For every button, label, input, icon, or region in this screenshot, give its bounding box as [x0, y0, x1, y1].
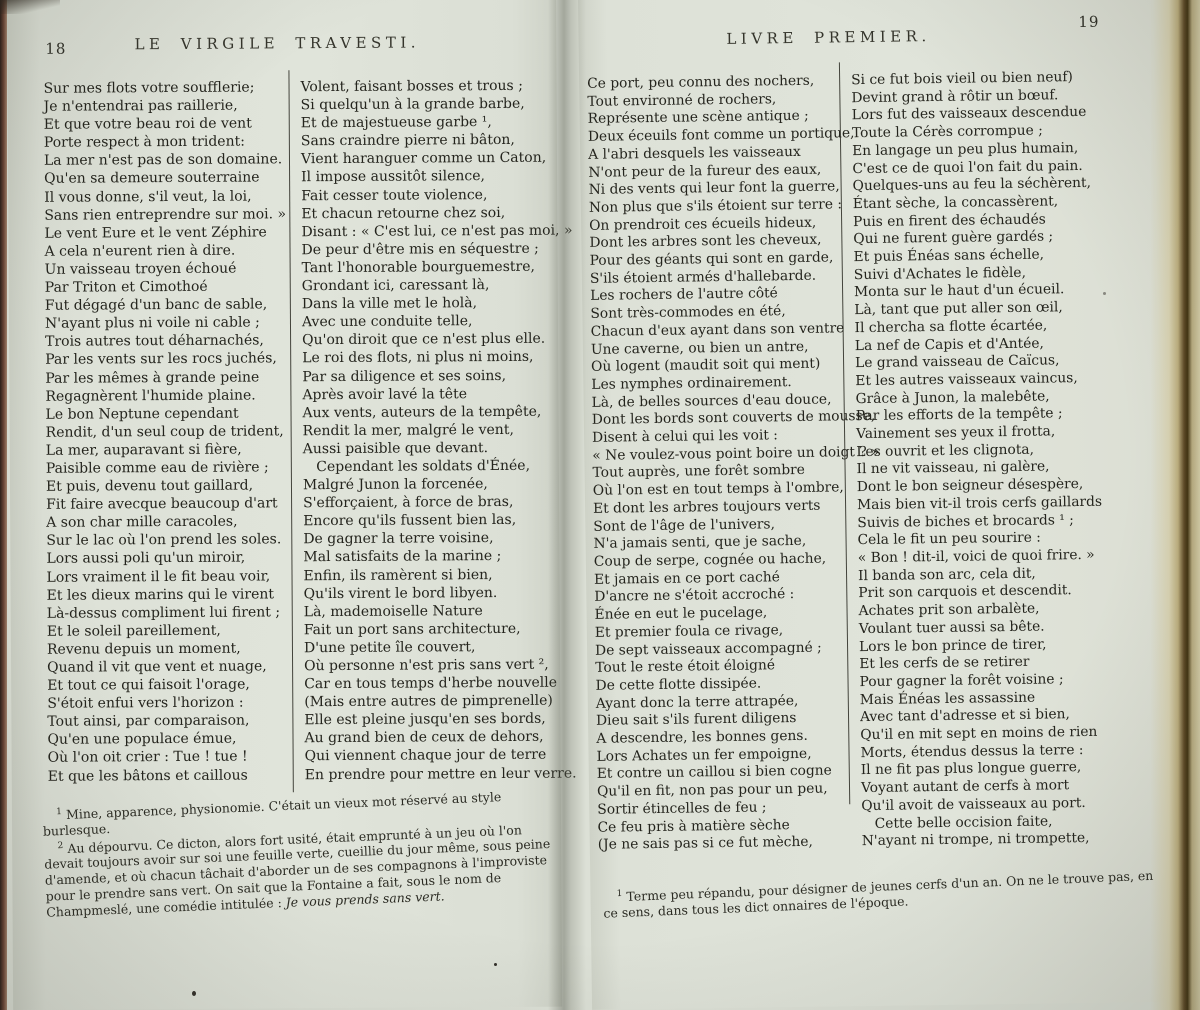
verse-line: Elle est pleine jusqu'en ses bords,: [304, 710, 556, 730]
verse-line: De peur d'être mis en séquestre ;: [301, 240, 553, 260]
verse-line: S'étoit enfui vers l'horizon :: [47, 693, 291, 713]
book-scan: 18 LE VIRGILE TRAVESTI. Sur mes flots vo…: [0, 0, 1200, 1010]
verse-line: Et tout ce qui faisoit l'orage,: [47, 675, 291, 695]
verse-line: Et les dieux marins qui le virent: [47, 585, 291, 605]
verse-line: Coup de serpe, cognée ou hache,: [594, 550, 844, 571]
verse-line: Fit faire avecque beaucoup d'art: [46, 494, 290, 514]
verse-line: Et le soleil pareillement,: [47, 621, 291, 641]
verse-line: Dans la ville met le holà,: [302, 294, 554, 314]
verse-line: Qu'en une populace émue,: [47, 730, 291, 750]
paper-speck: [192, 991, 196, 996]
verse-line: Et dont les arbres toujours verts: [593, 497, 843, 518]
footnote-marker: 1: [616, 889, 622, 899]
book-gutter: [548, 0, 586, 1010]
verse-line: Il vous donne, s'il veut, la loi,: [44, 187, 288, 207]
page-19-column-2: Si ce fut bois vieil ou bien neuf)Devint…: [851, 68, 1158, 851]
verse-line: Lors vraiment il le fit beau voir,: [46, 567, 290, 587]
page-number-left: 18: [45, 40, 66, 58]
footnote-marker: 2: [57, 841, 63, 851]
verse-line: (Je ne sais pas si ce fut mèche,: [598, 834, 848, 855]
footnote-italic-title: Je vous prends sans vert.: [281, 888, 444, 910]
verse-line: N'ayant plus ni voile ni cable ;: [45, 314, 289, 334]
verse-line: Revenu depuis un moment,: [47, 639, 291, 659]
verse-line: Là, mademoiselle Nature: [304, 601, 556, 621]
book-cover-edge: [0, 0, 7, 1010]
verse-line: Ce port, peu connu des nochers,: [587, 72, 837, 93]
verse-line: Le vent Eure et le vent Zéphire: [44, 223, 288, 243]
verse-line: Et que votre beau roi de vent: [44, 114, 288, 134]
verse-line: Par les mêmes à grande peine: [45, 368, 289, 388]
verse-line: Au grand bien de ceux de dehors,: [304, 728, 556, 748]
verse-line: Paisible comme eau de rivière ;: [46, 458, 290, 478]
verse-line: Dont les bords sont couverts de mousse,: [592, 409, 842, 430]
verse-line: Qu'en sa demeure souterraine: [44, 169, 288, 189]
paper-speck: [494, 963, 497, 966]
verse-line: Grondant ici, caressant là,: [302, 276, 554, 296]
verse-line: Sur le lac où l'on prend les soles.: [46, 531, 290, 551]
verse-line: Et que les bâtons et caillous: [48, 766, 292, 786]
verse-line: Qu'il en fit, non pas pour un peu,: [597, 780, 847, 801]
verse-line: Après avoir lavé la tête: [302, 384, 554, 404]
verse-line: Par Triton et Cimothoé: [45, 277, 289, 297]
verse-line: Disant : « C'est lui, ce n'est pas moi, …: [301, 221, 553, 241]
verse-line: Vient haranguer comme un Caton,: [301, 149, 553, 169]
verse-line: Qui viennent chaque jour de terre: [305, 746, 557, 766]
page-18-column-2: Volent, faisant bosses et trous ;Si quel…: [300, 77, 556, 784]
verse-line: Où personne n'est pris sans vert ²,: [304, 656, 556, 676]
verse-line: Volent, faisant bosses et trous ;: [300, 77, 552, 97]
verse-line: Quand il vit que vent et nuage,: [47, 657, 291, 677]
verse-line: N'ayant ni trompe, ni trompette,: [862, 829, 1158, 851]
verse-line: Sur mes flots votre soufflerie;: [43, 78, 287, 98]
verse-line: Et chacun retourne chez soi,: [301, 203, 553, 223]
verse-line: Et de majestueuse garbe ¹,: [301, 113, 553, 133]
verse-line: Il impose aussitôt silence,: [301, 167, 553, 187]
paper-speck: [1103, 292, 1106, 295]
verse-line: Mal satisfaits de la marine ;: [303, 547, 555, 567]
verse-line: Cependant les soldats d'Énée,: [303, 457, 555, 477]
verse-line: Car en tous temps d'herbe nouvelle: [304, 674, 556, 694]
verse-line: Par sa diligence et ses soins,: [302, 366, 554, 386]
photo-corner-shadow: [0, 0, 60, 14]
verse-line: (Mais entre autres de pimprenelle): [304, 692, 556, 712]
verse-line: Tout ainsi, par comparaison,: [47, 712, 291, 732]
page-19-footnotes: 1 Terme peu répandu, pour désigner de je…: [602, 866, 1155, 922]
verse-line: A cela n'eurent rien à dire.: [44, 241, 288, 261]
verse-line: Porte respect à mon trident:: [44, 133, 288, 153]
verse-line: Qu'ils virent le bord libyen.: [304, 583, 556, 603]
verse-line: La mer n'est pas de son domaine.: [44, 151, 288, 171]
verse-line: Regagnèrent l'humide plaine.: [45, 386, 289, 406]
verse-line: Rendit, d'un seul coup de trident,: [46, 422, 290, 442]
footnote-marker: 1: [56, 807, 62, 817]
verse-line: Qu'on diroit que ce n'est plus elle.: [302, 330, 554, 350]
verse-line: Aussi paisible que devant.: [303, 439, 555, 459]
verse-line: De sept vaisseaux accompagné ;: [595, 639, 845, 660]
footnote: 1 Terme peu répandu, pour désigner de je…: [602, 866, 1155, 922]
page-18: 18 LE VIRGILE TRAVESTI. Sur mes flots vo…: [7, 0, 562, 1010]
running-title-right: LIVRE PREMIER.: [648, 26, 1008, 49]
verse-line: Fait cesser toute violence,: [301, 185, 553, 205]
verse-line: Un vaisseau troyen échoué: [45, 259, 289, 279]
verse-line: Le bon Neptune cependant: [45, 404, 289, 424]
verse-line: Enfin, ils ramèrent si bien,: [303, 565, 555, 585]
verse-line: Si quelqu'un à la grande barbe,: [301, 95, 553, 115]
page-18-footnotes: 1 Mine, apparence, physionomie. C'était …: [42, 785, 560, 920]
verse-line: En prendre pour mettre en leur verre.: [305, 764, 557, 784]
verse-line: Le roi des flots, ni plus ni moins,: [302, 348, 554, 368]
verse-line: Je n'entendrai pas raillerie,: [44, 96, 288, 116]
verse-line: Rendit la mer, malgré le vent,: [303, 420, 555, 440]
verse-line: Où logent (maudit soit qui ment): [591, 356, 841, 377]
verse-line: S'efforçaient, à force de bras,: [303, 493, 555, 513]
verse-line: Là-dessus compliment lui firent ;: [47, 603, 291, 623]
running-title-left: LE VIRGILE TRAVESTI.: [112, 33, 442, 53]
verse-line: Et puis, devenu tout gaillard,: [46, 476, 290, 496]
page-number-right: 19: [1078, 13, 1099, 31]
verse-line: Par les vents sur les rocs juchés,: [45, 350, 289, 370]
verse-line: D'une petite île couvert,: [304, 638, 556, 658]
verse-line: Trois autres tout déharnachés,: [45, 332, 289, 352]
page-fore-edge: [1150, 0, 1200, 1010]
verse-line: Malgré Junon la forcenée,: [303, 475, 555, 495]
verse-line: Tant l'honorable bourguemestre,: [302, 258, 554, 278]
verse-line: La mer, auparavant si fière,: [46, 440, 290, 460]
verse-line: Aux vents, auteurs de la tempête,: [302, 402, 554, 422]
verse-line: De gagner la terre voisine,: [303, 529, 555, 549]
page-19: LIVRE PREMIER. 19 Ce port, peu connu des…: [578, 0, 1166, 1010]
page-18-column-1: Sur mes flots votre soufflerie;Je n'ente…: [43, 78, 291, 785]
verse-line: Encore qu'ils fussent bien las,: [303, 511, 555, 531]
page-19-column-1: Ce port, peu connu des nochers,Tout envi…: [587, 72, 848, 854]
verse-line: Avec une conduite telle,: [302, 312, 554, 332]
verse-line: Où l'on oit crier : Tue ! tue !: [48, 748, 292, 768]
verse-line: Sans craindre pierre ni bâton,: [301, 131, 553, 151]
verse-line: Fut dégagé d'un banc de sable,: [45, 295, 289, 315]
verse-line: Lors aussi poli qu'un miroir,: [46, 549, 290, 569]
verse-line: Fait un port sans architecture,: [304, 619, 556, 639]
verse-line: Sans rien entreprendre sur moi. »: [44, 205, 288, 225]
verse-line: A son char mille caracoles,: [46, 513, 290, 533]
